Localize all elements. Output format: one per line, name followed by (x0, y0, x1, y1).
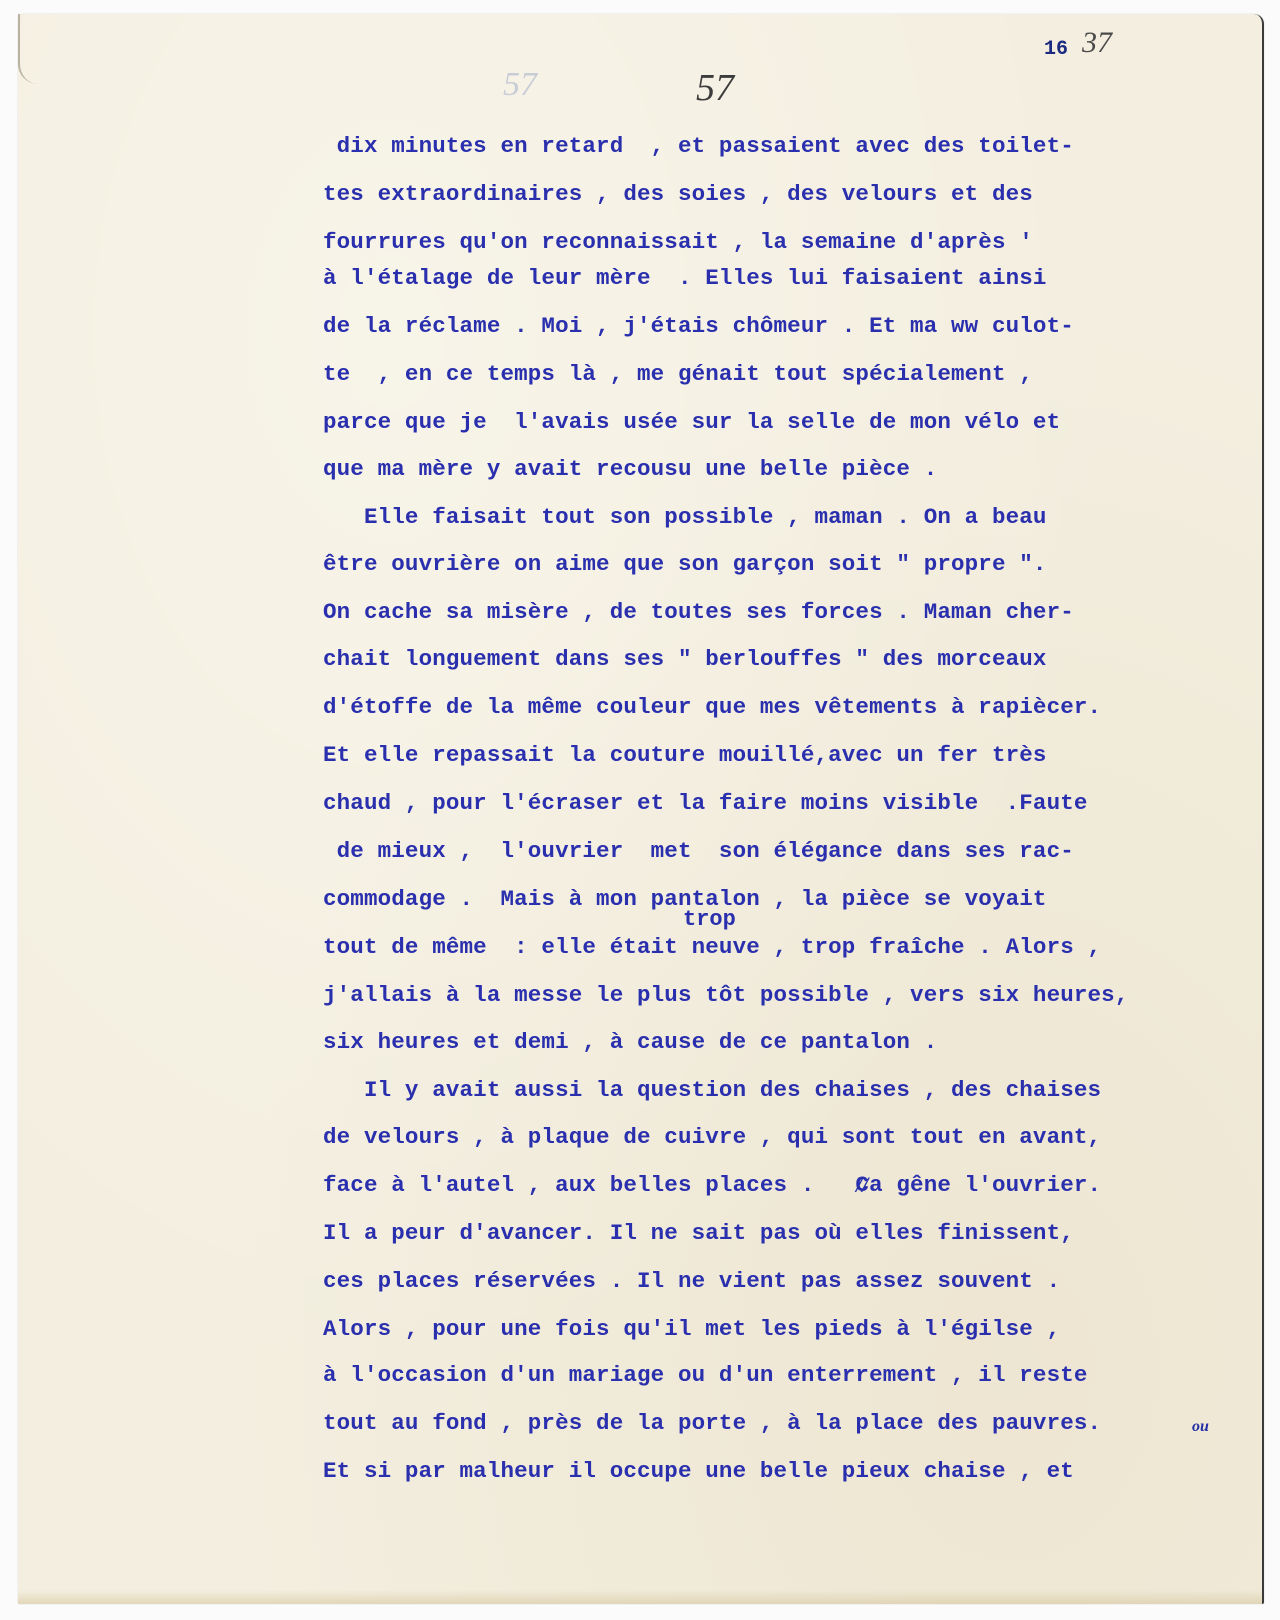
text-line: face à l'autel , aux belles places . Ca … (323, 1172, 1101, 1198)
margin-end-mark: ou (1192, 1418, 1209, 1436)
text-line: tout de même : elle était neuve , trop f… (323, 934, 1101, 960)
interlinear-insertion: trop (683, 907, 736, 932)
paragraph-mark: // (856, 1172, 868, 1198)
text-line: dix minutes en retard , et passaient ave… (323, 133, 1074, 159)
text-line: tout au fond , près de la porte , à la p… (323, 1410, 1101, 1436)
text-line: d'étoffe de la même couleur que mes vête… (323, 694, 1101, 720)
typed-page-number: 16 (1044, 38, 1068, 61)
text-line: On cache sa misère , de toutes ses force… (323, 599, 1074, 625)
text-line: que ma mère y avait recousu une belle pi… (323, 456, 937, 482)
text-line: six heures et demi , à cause de ce panta… (323, 1029, 937, 1055)
text-line: fourrures qu'on reconnaissait , la semai… (323, 229, 1033, 255)
text-line: de mieux , l'ouvrier met son élégance da… (323, 838, 1074, 864)
text-line: parce que je l'avais usée sur la selle d… (323, 409, 1060, 435)
text-line: ces places réservées . Il ne vient pas a… (323, 1268, 1060, 1294)
text-line: chaud , pour l'écraser et la faire moins… (323, 790, 1088, 816)
faint-page-number: 57 (503, 66, 537, 104)
text-line: Elle faisait tout son possible , maman .… (323, 504, 1047, 530)
text-line: de la réclame . Moi , j'étais chômeur . … (323, 313, 1074, 339)
handwritten-page-number: 57 (696, 66, 734, 110)
torn-corner (18, 14, 38, 84)
text-line: à l'occasion d'un mariage ou d'un enterr… (323, 1362, 1088, 1388)
text-line: à l'étalage de leur mère . Elles lui fai… (323, 265, 1047, 291)
text-line: te , en ce temps là , me génait tout spé… (323, 361, 1033, 387)
text-line: Il y avait aussi la question des chaises… (323, 1077, 1101, 1103)
text-line: Alors , pour une fois qu'il met les pied… (323, 1316, 1060, 1342)
text-line: de velours , à plaque de cuivre , qui so… (323, 1124, 1101, 1150)
text-line: chait longuement dans ses " berlouffes "… (323, 646, 1047, 672)
text-line: j'allais à la messe le plus tôt possible… (323, 982, 1128, 1008)
text-line: tes extraordinaires , des soies , des ve… (323, 181, 1033, 207)
text-line: Il a peur d'avancer. Il ne sait pas où e… (323, 1220, 1074, 1246)
pencil-page-number: 37 (1082, 26, 1112, 60)
text-line: Et elle repassait la couture mouillé,ave… (323, 742, 1047, 768)
text-line: Et si par malheur il occupe une belle pi… (323, 1458, 1074, 1484)
text-line: être ouvrière on aime que son garçon soi… (323, 551, 1047, 577)
